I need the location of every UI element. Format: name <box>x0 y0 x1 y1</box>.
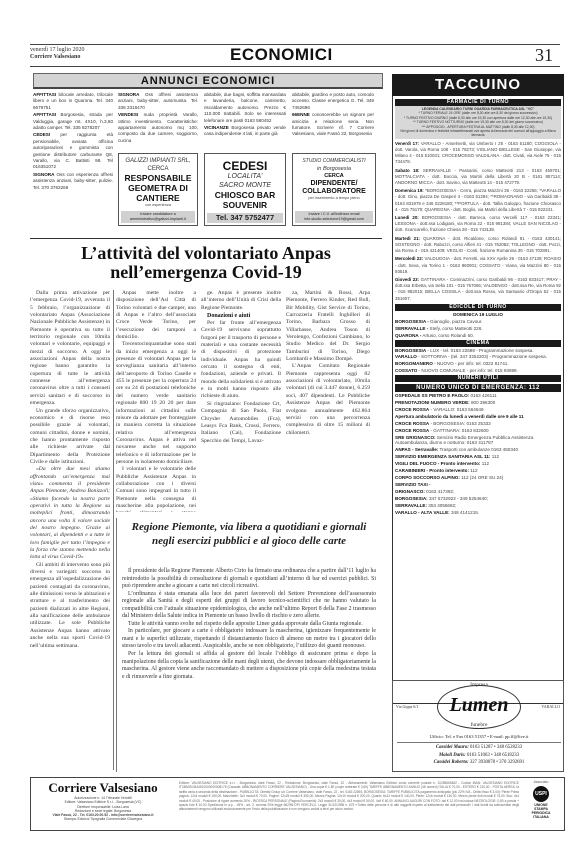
numero-item: CROCE ROSSA - BORGOSESIA: 0163 25333 <box>395 420 561 427</box>
ad-keyword: AFFITTASI <box>33 112 56 117</box>
ad-location: LOCALITA' <box>205 173 285 181</box>
farmacie-day: Venerdì 17: VARALLO - Anselmetti, via Um… <box>395 141 561 166</box>
numero-item: SERVIZIO EMERGENZA SANITARIA ASL 11: 112 <box>395 453 561 460</box>
ad-text: per raggiunta età pensionabile, avviata … <box>33 132 113 169</box>
value: 800 396300 <box>470 400 496 405</box>
town: BORGOSESIA <box>395 348 426 353</box>
lumen-logo: Lumen <box>393 693 565 717</box>
lumen-contacts: Cassidei Mauro: 0163 51287 • 348 6528233… <box>393 744 565 767</box>
contact-name: Cassidei Roberto: <box>434 760 469 765</box>
value: 348 4141215. <box>450 510 479 515</box>
ad-studio-commercialisti: STUDIO COMMERCIALISTI in Borgosesia CERC… <box>292 153 376 226</box>
ad-headline: CHIOSCO BAR <box>205 190 285 200</box>
ad-listing: 66ENNE conoscerebbe un signore per amici… <box>292 112 374 138</box>
numeri-utili-title: NUMERI UTILI <box>395 375 561 382</box>
detail: - LUX - tel. 0163 22698 - Programmazione… <box>426 348 534 353</box>
sub-article-headline: Regione Piemonte, via libera a quotidian… <box>122 520 376 548</box>
ad-text: abitabile, giardino e posto auto, comodo… <box>292 92 374 110</box>
day-label: Giovedì 23: <box>395 277 419 282</box>
contact-name: Maioli Daris: <box>439 753 466 758</box>
detail: - NUOVO COMUNALE - per info: tel. 015 93… <box>417 368 518 373</box>
label: OSPEDALE SS PIETRO E PAOLO: <box>395 393 469 398</box>
town: VARALLO <box>395 354 417 359</box>
detail: - NUOVO - per info: tel. 0322 81741. <box>433 361 509 366</box>
numero-item: BORGOSESIA: 347 5732922 - 349 5254640; <box>395 495 561 502</box>
label: PRENOTAZIONI NUMERO VERDE: <box>395 400 470 405</box>
article-column-4: za, Martini & Rossi, Arpa Piemonte, Ferr… <box>286 290 370 512</box>
day-text: SERRAVALLE - Passarini, corso Matteotti … <box>395 168 561 185</box>
numero-item: GRIGNASCO: 0163 417392; <box>395 488 561 495</box>
label: VARALLO - ALTA VALLE: <box>395 510 450 515</box>
numero-item: SERRAVALLE: 353 4056682; <box>395 502 561 509</box>
farmacie-title: FARMACIE DI TURNO <box>395 99 561 106</box>
detail: Stefy, corso Matteotti 226. <box>428 326 482 331</box>
paragraph: Si ringraziano: Fondazione Crt, Compagni… <box>201 401 281 445</box>
numero-item: VARALLO - ALTA VALLE: 348 4141215. <box>395 509 561 516</box>
emergency-number-title: NUMERO UNICO DI EMERGENZA: 112 <box>395 384 561 392</box>
numero-item: SERVIZIO TAXI - <box>395 481 561 488</box>
paragraph: L’ordinanza è stata emanata alla luce de… <box>122 591 376 621</box>
issue-date: venerdì 17 luglio 2020 <box>30 47 85 54</box>
cinema-item: BORGOSESIA - LUX - tel. 0163 22698 - Pro… <box>395 347 561 354</box>
subheading: Donazioni e aiuti <box>201 312 281 320</box>
ad-headline: CANTIERE <box>119 193 197 203</box>
town: BORGOMANERO <box>395 361 433 366</box>
label: CROCE ROSSA <box>395 428 429 433</box>
day-text: BORGOSESIA - dott. Barreca, corso Vercel… <box>395 215 561 232</box>
ad-headline: CEDESI <box>205 159 285 173</box>
day-label: Domenica 19: <box>395 188 424 193</box>
day-label: Venerdì 17: <box>395 141 419 146</box>
sub-article-body: Il presidente della Regione Piemonte Alb… <box>122 568 376 681</box>
edicola-item: QUARONA - Artuso, corso Rolandi 60. <box>395 332 561 339</box>
paragraph: In particolare, per giocare a carte è ob… <box>122 628 376 651</box>
colophon-left: Corriere Valsesiano Autorizzazione n. 14… <box>33 780 173 822</box>
paragraph: Il presidente della Regione Piemonte Alb… <box>122 568 376 591</box>
paragraph: Trecentocinquantadue sono stati da inizi… <box>116 341 196 466</box>
annunci-column-2: SIGNORA Oss offresi assistenza anziani, … <box>118 92 198 145</box>
lumen-bottom: funebre <box>393 722 565 729</box>
detail: - SOTTORIVA - (tel. 347 3252203) - Progr… <box>417 354 547 359</box>
ad-subline: per inserimento a tempo pieno <box>293 196 375 201</box>
label: BORGOSESIA: <box>395 496 428 501</box>
ad-keyword: SIGNORA <box>118 92 139 97</box>
label: GRIGNASCO: <box>395 489 425 494</box>
ad-headline: SOUVENIR <box>205 200 285 210</box>
ad-location: SACRO MONTE <box>205 181 285 190</box>
uspi-caption: Associato <box>521 780 561 785</box>
value: 112 (24 ORE SU 24) <box>460 475 503 480</box>
cinema-title: CINEMA <box>395 340 561 347</box>
header-date-block: venerdì 17 luglio 2020 Corriere Valsesia… <box>30 47 85 61</box>
quote-paragraph: «Da oltre due mesi stiamo affrontando un… <box>30 466 110 561</box>
ad-subline: con esperienza <box>119 203 197 208</box>
paragraph: Dalla prima attivazione per l’emergenza … <box>30 290 110 408</box>
numero-item: CROCE ROSSA - VARALLO: 0163 564549 <box>395 406 561 413</box>
town: SERRAVALLE - <box>395 326 428 331</box>
ad-listing: AFFITTASI Borgosesia, strada per Valdugg… <box>33 112 113 131</box>
ad-galizzi-impianti: GALIZZI IMPIANTI SRL, CERCA RESPONSABILE… <box>118 153 198 226</box>
numero-item: CROCE ROSSA - GATTINARA: 0163 832600 <box>395 427 561 434</box>
numero-item: CARABINIERI - Pronto intervento: 112 <box>395 467 561 474</box>
paragraph: L’Anpas Comitato Regionale Piemonte rapp… <box>286 363 370 436</box>
ad-headline: COLLABORATORE <box>293 188 375 196</box>
ad-listing: VICINANZE Borgosesia privato vende casa … <box>204 125 286 138</box>
article-top-rule <box>30 238 382 239</box>
paragraph: Per la lettura dei giornali si affida al… <box>122 651 376 681</box>
ad-listing: abitabile, giardino e posto auto, comodo… <box>292 92 374 111</box>
paragraph: Un grande sforzo organizzativo, economic… <box>30 408 110 467</box>
lumen-contact: Cassidei Roberto: 327 3930078 • 370 3292… <box>393 759 565 767</box>
cinema-item: BORGOMANERO - NUOVO - per info: tel. 032… <box>395 360 561 367</box>
value: - VARALLO: 0163 564549 <box>429 407 483 412</box>
label: CROCE ROSSA <box>395 421 429 426</box>
paragraph: ge. Anpas è presente inoltre all’interno… <box>201 290 281 312</box>
page-number: 31 <box>535 44 553 66</box>
lumen-contact: Cassidei Mauro: 0163 51287 • 348 6528233 <box>393 744 565 752</box>
legend-line: Nei giorni di domenica e festività infra… <box>397 129 559 138</box>
edicola-item: SERRAVALLE - Stefy, corso Matteotti 226. <box>395 325 561 332</box>
ad-company: STUDIO COMMERCIALISTI <box>293 157 375 165</box>
section-title: ECONOMICI <box>230 45 333 65</box>
ad-verb: CERCA <box>119 165 197 173</box>
ad-lumen-funeral: Impresa Lumen funebre Via Gippa 6/1 VARA… <box>392 680 564 772</box>
day-label: Martedì 21: <box>395 236 420 241</box>
ad-keyword: 66ENNE <box>292 112 310 117</box>
day-label: Mercoledì 22: <box>395 256 423 261</box>
label: SERRAVALLE: <box>395 503 427 508</box>
cinema-item: COSSATO - NUOVO COMUNALE - per info: tel… <box>395 367 561 374</box>
lumen-top: Impresa <box>393 682 565 689</box>
detail: Artuso, corso Rolandi 60. <box>421 333 474 338</box>
uspi-badge: Associato USPI UNIONE STAMPA PERIODICA I… <box>521 780 561 819</box>
value: - BORGOSESIA: 0163 25333 <box>429 421 491 426</box>
town: COSSATO <box>395 368 417 373</box>
numero-item: VIGILI DEL FUOCO - Pronto intervento: 11… <box>395 460 561 467</box>
farmacie-day: Lunedì 20: BORGOSESIA - dott. Barreca, c… <box>395 215 561 234</box>
lumen-contact: Maioli Daris: 0163 51063 • 348 6518233 <box>393 752 565 760</box>
label: Apertura ambulatorio da lunedì a venerdì… <box>395 414 524 419</box>
numero-item: OSPEDALE SS PIETRO E PAOLO: 0163 426111 <box>395 392 561 399</box>
ad-headline: RESPONSABILE <box>119 173 197 183</box>
ad-headline: DIPENDENTE/ <box>293 180 375 188</box>
column-divider <box>113 290 114 770</box>
edicole-title: EDICOLE DI TURNO <box>395 304 561 311</box>
label: CORPO SOCCORSO ALPINO: <box>395 475 460 480</box>
ad-listing: SIGNORA Oss con esperienza offresi assis… <box>33 172 113 191</box>
colophon-box: Corriere Valsesiano Autorizzazione n. 14… <box>30 777 565 831</box>
label: VIGILI DEL FUOCO - Pronto intervento: <box>395 461 480 466</box>
ad-keyword: VENDESI <box>118 112 138 117</box>
value: Trasporti con ambulanze 0163 450340 <box>438 447 518 452</box>
value: 112 <box>469 468 478 473</box>
value: 353 4056682; <box>427 503 456 508</box>
ad-verb: CERCA <box>293 173 375 180</box>
lumen-office: Ufficio: Tel. e Fax 0163 51357 • E-mail:… <box>393 734 565 740</box>
farmacie-day: Mercoledì 22: VALDUGGIA - dott. Ferretti… <box>395 256 561 275</box>
ad-listing: AFFITTASI bilocale arredato, trilocale l… <box>33 92 113 111</box>
edicole-date: DOMENICA 19 LUGLIO <box>395 311 561 318</box>
paragraph: Per far fronte all’emergenza Covid-19 se… <box>201 320 281 401</box>
town: QUARONA - <box>395 333 421 338</box>
colophon-legal: Editore: VALSESIANO EDITRICE s.r.l. - Bo… <box>179 781 519 829</box>
headline-line-1: L’attività del volontariato Anpas <box>30 244 382 263</box>
value: 112 <box>490 454 499 459</box>
cinema-item: VARALLO - SOTTORIVA - (tel. 347 3252203)… <box>395 354 561 360</box>
ad-chiosco-sacro-monte: CEDESI LOCALITA' SACRO MONTE CHIOSCO BAR… <box>204 153 286 226</box>
numero-item: Apertura ambulatorio da lunedì a venerdì… <box>395 413 561 420</box>
value: 112 <box>480 461 489 466</box>
farmacie-section: FARMACIE DI TURNO LEGENDA CALENDARIO TUR… <box>395 99 561 516</box>
header-bottom-rule <box>30 66 560 67</box>
day-label: Lunedì 20: <box>395 215 419 220</box>
ad-keyword: SIGNORA <box>33 172 54 177</box>
numero-item: PRENOTAZIONI NUMERO VERDE: 800 396300 <box>395 399 561 406</box>
colophon-line: Stampa: Edizioni Tipografia Commerciale … <box>33 817 173 821</box>
farmacie-day: Domenica 19: *BORGOSESIA - Cerra, piazza… <box>395 188 561 213</box>
ad-keyword: VICINANZE <box>204 125 229 130</box>
farmacie-day: Giovedì 23: GATTINARA - Cominazzini, cor… <box>395 277 561 302</box>
contact-phone: 0163 51063 • 348 6518233 <box>466 753 519 758</box>
lumen-address: Via Gippa 6/1 <box>396 704 418 709</box>
value: 0163 417392; <box>425 489 454 494</box>
contact-name: Cassidei Mauro: <box>436 745 469 750</box>
taccuino-title: TACCUINO <box>392 74 564 96</box>
uspi-line: ITALIANA <box>521 815 561 819</box>
article-headline: L’attività del volontariato Anpas nell’e… <box>30 244 382 282</box>
ad-keyword: CEDESI <box>33 132 50 137</box>
edicola-item: BORGOSESIA - Gianoglio, piazza Cavour. <box>395 318 561 325</box>
paragraph: I volontari e le volontarie delle Pubbli… <box>116 466 196 512</box>
headline-line-2: nell’emergenza Covid-19 <box>30 263 382 282</box>
contact-phone: 327 3930078 • 370 3292691 <box>469 760 525 765</box>
label: CROCE ROSSA <box>395 407 429 412</box>
farmacie-day: Martedì 21: QUARONA - dott. Ricaldone, c… <box>395 236 561 255</box>
label: SERVIZIO EMERGENZA SANITARIA ASL 11: <box>395 454 490 459</box>
annunci-title: ANNUNCI ECONOMICI <box>33 73 383 89</box>
paper-logo: Corriere Valsesiano <box>33 780 173 796</box>
ad-email-link[interactable]: amministrativo@galizzi-impianti.it <box>122 217 194 222</box>
ad-listing: SIGNORA Oss offresi assistenza anziani, … <box>118 92 198 111</box>
ad-listing: abitabile, due bagni, soffitta mansardat… <box>204 92 286 124</box>
numero-item: SRE GRIGNASCO: Servizio Radio Emergenza … <box>395 434 561 446</box>
paragraph: za, Martini & Rossi, Arpa Piemonte, Ferr… <box>286 290 370 363</box>
paper-name: Corriere Valsesiano <box>30 54 85 61</box>
lumen-town: VARALLO <box>541 704 560 709</box>
farmacie-list: Venerdì 17: VARALLO - Anselmetti, via Um… <box>395 141 561 302</box>
value: 347 5732922 - 349 5254640; <box>428 496 488 501</box>
ad-email-link[interactable]: info.studio.selezione19@gmail.com <box>296 217 372 222</box>
ad-listing: VENDESI nuda proprietà Varallo, ottimo i… <box>118 112 198 144</box>
numero-item: ANPAS - Serravalle: Trasporti con ambula… <box>395 446 561 453</box>
contact-phone: 0163 51287 • 348 6528233 <box>469 745 522 750</box>
legend-line: ** TURNO FESTIVO NOTTURNO (dalle ore 19,… <box>397 120 559 124</box>
day-label: Sabato 18: <box>395 168 419 173</box>
numero-item: CORPO SOCCORSO ALPINO: 112 (24 ORE SU 24… <box>395 474 561 481</box>
label: ANPAS - Serravalle: <box>395 447 438 452</box>
day-text: QUARONA - dott. Ricaldone, corso Rolandi… <box>395 236 561 253</box>
value: - GATTINARA: 0163 832600 <box>429 428 488 433</box>
ad-text: abitabile, due bagni, soffitta mansardat… <box>204 92 286 123</box>
lumen-divider <box>397 742 561 743</box>
article-column-3: ge. Anpas è presente inoltre all’interno… <box>201 290 281 512</box>
numeri-list: OSPEDALE SS PIETRO E PAOLO: 0163 426111 … <box>395 392 561 516</box>
ad-listing: CEDESI per raggiunta età pensionabile, a… <box>33 132 113 170</box>
day-text: GATTINARA - Cominazzini, corso Garibaldi… <box>395 277 561 301</box>
ad-company: GALIZZI IMPIANTI SRL, <box>119 157 197 165</box>
annunci-column-3: abitabile, due bagni, soffitta mansardat… <box>204 92 286 139</box>
ad-keyword: AFFITTASI <box>33 92 56 97</box>
town: BORGOSESIA - <box>395 319 429 324</box>
ad-phone: Tel. 347 5752477 <box>207 213 283 223</box>
farmacie-day: Sabato 18: SERRAVALLE - Passarini, corso… <box>395 168 561 187</box>
ad-location: in Borgosesia <box>293 165 375 173</box>
value: 0163 426111 <box>469 393 496 398</box>
article-column-2: Anpas mette inoltre a disposizione dell’… <box>116 290 196 512</box>
article-column-1: Dalla prima attivazione per l’emergenza … <box>30 290 110 770</box>
farmacie-legend: LEGENDA CALENDARIO TURNI GUARDIA FARMACE… <box>395 106 561 139</box>
annunci-column-1: AFFITTASI bilocale arredato, trilocale l… <box>33 92 113 192</box>
detail: Gianoglio, piazza Cavour. <box>429 319 483 324</box>
ad-headline: GEOMETRA DI <box>119 183 197 193</box>
label: CARABINIERI - Pronto intervento: <box>395 468 469 473</box>
uspi-logo-icon: USPI <box>533 786 549 802</box>
paragraph: Gli ambiti di intervento sono più divers… <box>30 562 110 650</box>
annunci-column-4: abitabile, giardino e posto auto, comodo… <box>292 92 374 139</box>
day-text: VARALLO - Anselmetti, via Umberto I 25 -… <box>395 141 561 165</box>
paragraph: Anpas mette inoltre a disposizione dell’… <box>116 290 196 341</box>
label: SERVIZIO TAXI - <box>395 482 431 487</box>
